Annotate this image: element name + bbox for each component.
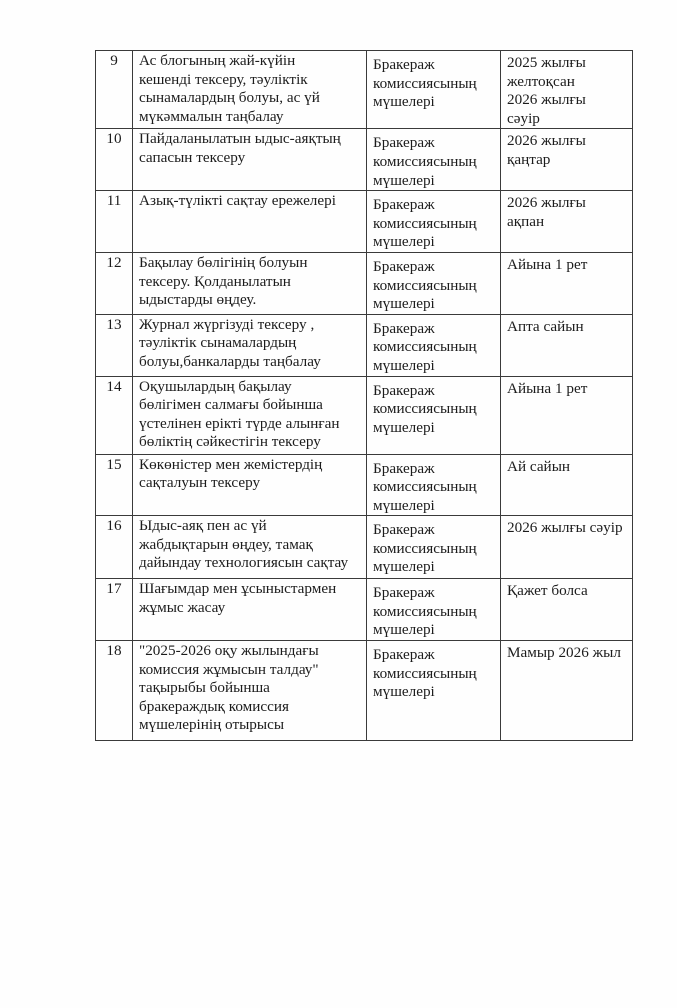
responsible-cell: Бракераж комиссиясының мүшелері (367, 579, 501, 641)
responsible-cell: Бракераж комиссиясының мүшелері (367, 129, 501, 191)
commission-plan-table: 9 Ас блогының жай-күйін кешенді тексеру,… (95, 50, 633, 741)
row-number: 16 (96, 516, 133, 579)
scanned-document-page: 9 Ас блогының жай-күйін кешенді тексеру,… (0, 0, 677, 1008)
responsible-cell: Бракераж комиссиясының мүшелері (367, 376, 501, 454)
row-number: 18 (96, 641, 133, 741)
row-number: 12 (96, 252, 133, 314)
activity-cell: Көкөністер мен жемістердің сақталуын тек… (133, 454, 367, 516)
row-number: 9 (96, 51, 133, 129)
deadline-cell: Апта сайын (501, 314, 633, 376)
table-row: 17 Шағымдар мен ұсыныстармен жұмыс жасау… (96, 579, 633, 641)
activity-cell: "2025-2026 оқу жылындағы комиссия жұмысы… (133, 641, 367, 741)
responsible-cell: Бракераж комиссиясының мүшелері (367, 516, 501, 579)
activity-cell: Пайдаланылатын ыдыс-аяқтың сапасын тексе… (133, 129, 367, 191)
responsible-cell: Бракераж комиссиясының мүшелері (367, 641, 501, 741)
activity-cell: Оқушылардың бақылау бөлігімен салмағы бо… (133, 376, 367, 454)
activity-cell: Азық-түлікті сақтау ережелері (133, 191, 367, 253)
deadline-cell: Қажет болса (501, 579, 633, 641)
activity-cell: Ыдыс-аяқ пен ас үй жабдықтарын өңдеу, та… (133, 516, 367, 579)
row-number: 13 (96, 314, 133, 376)
table-row: 9 Ас блогының жай-күйін кешенді тексеру,… (96, 51, 633, 129)
deadline-cell: 2026 жылғы ақпан (501, 191, 633, 253)
activity-cell: Бақылау бөлігінің болуын тексеру. Қолдан… (133, 252, 367, 314)
responsible-cell: Бракераж комиссиясының мүшелері (367, 252, 501, 314)
table-row: 10 Пайдаланылатын ыдыс-аяқтың сапасын те… (96, 129, 633, 191)
deadline-cell: 2026 жылғы сәуір (501, 516, 633, 579)
table-row: 11 Азық-түлікті сақтау ережелері Бракера… (96, 191, 633, 253)
table-row: 13 Журнал жүргізуді тексеру , тәуліктік … (96, 314, 633, 376)
row-number: 15 (96, 454, 133, 516)
row-number: 17 (96, 579, 133, 641)
responsible-cell: Бракераж комиссиясының мүшелері (367, 314, 501, 376)
table-row: 15 Көкөністер мен жемістердің сақталуын … (96, 454, 633, 516)
activity-cell: Журнал жүргізуді тексеру , тәуліктік сын… (133, 314, 367, 376)
deadline-cell: Айына 1 рет (501, 376, 633, 454)
deadline-cell: 2025 жылғы желтоқсан 2026 жылғы сәуір (501, 51, 633, 129)
row-number: 11 (96, 191, 133, 253)
deadline-cell: Ай сайын (501, 454, 633, 516)
row-number: 14 (96, 376, 133, 454)
responsible-cell: Бракераж комиссиясының мүшелері (367, 191, 501, 253)
activity-cell: Шағымдар мен ұсыныстармен жұмыс жасау (133, 579, 367, 641)
deadline-cell: Мамыр 2026 жыл (501, 641, 633, 741)
table-row: 14 Оқушылардың бақылау бөлігімен салмағы… (96, 376, 633, 454)
table-row: 18 "2025-2026 оқу жылындағы комиссия жұм… (96, 641, 633, 741)
activity-cell: Ас блогының жай-күйін кешенді тексеру, т… (133, 51, 367, 129)
table-row: 16 Ыдыс-аяқ пен ас үй жабдықтарын өңдеу,… (96, 516, 633, 579)
deadline-cell: Айына 1 рет (501, 252, 633, 314)
deadline-cell: 2026 жылғы қаңтар (501, 129, 633, 191)
responsible-cell: Бракераж комиссиясының мүшелері (367, 51, 501, 129)
row-number: 10 (96, 129, 133, 191)
responsible-cell: Бракераж комиссиясының мүшелері (367, 454, 501, 516)
table-row: 12 Бақылау бөлігінің болуын тексеру. Қол… (96, 252, 633, 314)
